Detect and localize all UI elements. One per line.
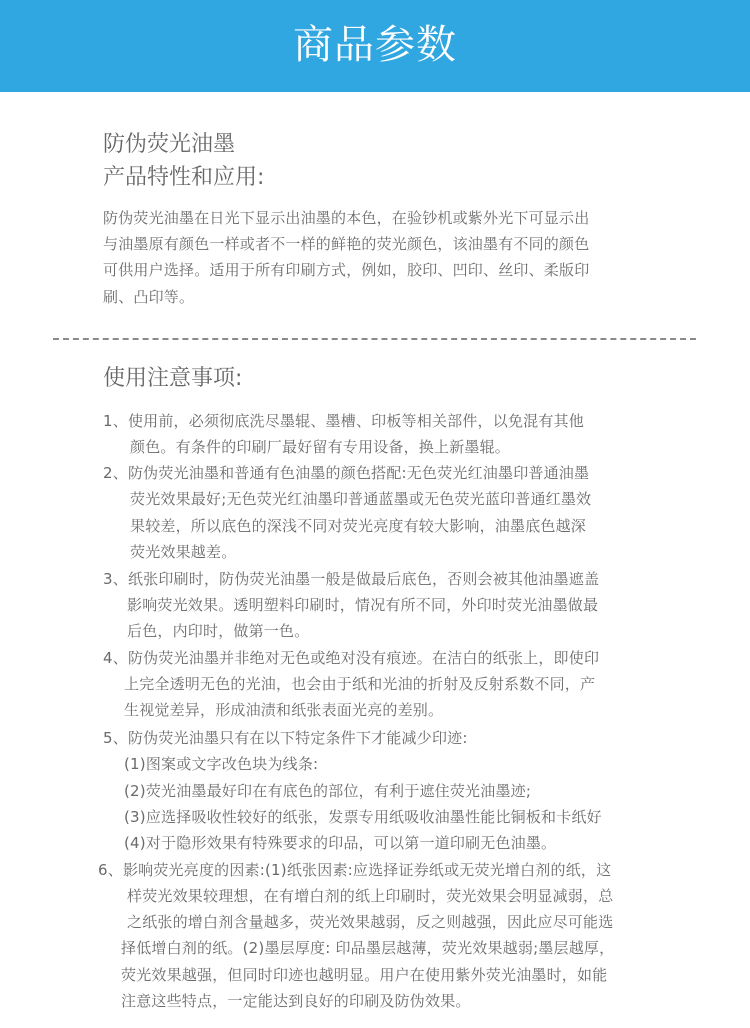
- dashed-divider: [53, 338, 696, 340]
- description-line: 刷、凸印等。: [103, 290, 194, 305]
- note-line: 生视觉差异，形成油渍和纸张表面光亮的差别。: [124, 703, 443, 718]
- note-line: 3、纸张印刷时，防伪荧光油墨一般是做最后底色，否则会被其他油墨遮盖: [103, 572, 599, 587]
- note-line: 样荧光效果较理想，在有增白剂的纸上印刷时，荧光效果会明显减弱，总: [127, 889, 613, 904]
- note-subitem: (1)图案或文字改色块为线条:: [124, 757, 318, 772]
- note-line: 果较差，所以底色的深浅不同对荧光亮度有较大影响，油墨底色越深: [130, 519, 586, 534]
- note-subitem: (3)应选择吸收性较好的纸张，发票专用纸吸收油墨性能比铜板和卡纸好: [124, 810, 602, 825]
- notes-heading: 使用注意事项:: [103, 368, 242, 390]
- description-line: 与油墨原有颜色一样或者不一样的鲜艳的荧光颜色，该油墨有不同的颜色: [103, 237, 589, 252]
- product-name: 防伪荧光油墨: [103, 134, 235, 156]
- description-line: 防伪荧光油墨在日光下显示出油墨的本色，在验钞机或紫外光下可显示出: [103, 211, 589, 226]
- page-title: 商品参数: [293, 25, 457, 65]
- description-line: 可供用户选择。适用于所有印刷方式，例如，胶印、凹印、丝印、柔版印: [103, 263, 589, 278]
- note-line: 2、防伪荧光油墨和普通有色油墨的颜色搭配:无色荧光红油墨印普通油墨: [103, 466, 589, 481]
- note-line: 影响荧光效果。透明塑料印刷时，情况有所不同，外印时荧光油墨做最: [127, 598, 598, 613]
- note-line: 荧光效果最好;无色荧光红油墨印普通蓝墨或无色荧光蓝印普通红墨效: [130, 492, 591, 507]
- note-line: 荧光效果越差。: [130, 545, 236, 560]
- note-line: 颜色。有条件的印刷厂最好留有专用设备，换上新墨辊。: [130, 440, 510, 455]
- note-line: 5、防伪荧光油墨只有在以下特定条件下才能减少印迹:: [103, 731, 468, 746]
- note-line: 后色，内印时，做第一色。: [127, 624, 309, 639]
- note-line: 荧光效果越强，但同时印迹也越明显。用户在使用紫外荧光油墨时，如能: [121, 968, 607, 983]
- note-line: 注意这些特点，一定能达到良好的印刷及防伪效果。: [121, 994, 471, 1009]
- note-line: 6、影响荧光亮度的因素:(1)纸张因素:应选择证券纸或无荧光增白剂的纸，这: [98, 863, 611, 878]
- header-banner: 商品参数: [0, 0, 750, 92]
- note-line: 上完全透明无色的光油，也会由于纸和光油的折射及反射系数不同，产: [124, 677, 595, 692]
- note-line: 4、防伪荧光油墨并非绝对无色或绝对没有痕迹。在洁白的纸张上，即使印: [103, 651, 599, 666]
- note-line: 之纸张的增白剂含量越多，荧光效果越弱，反之则越强，因此应尽可能选: [127, 915, 613, 930]
- note-subitem: (4)对于隐形效果有特殊要求的印品，可以第一道印刷无色油墨。: [124, 836, 556, 851]
- note-line: 1、使用前，必须彻底洗尽墨辊、墨槽、印板等相关部件，以免混有其他: [103, 414, 584, 429]
- note-line: 择低增白剂的纸。(2)墨层厚度: 印品墨层越薄，荧光效果越弱;墨层越厚，: [121, 941, 614, 956]
- features-heading: 产品特性和应用:: [103, 167, 264, 189]
- note-subitem: (2)荧光油墨最好印在有底色的部位，有利于遮住荧光油墨迹;: [124, 784, 531, 799]
